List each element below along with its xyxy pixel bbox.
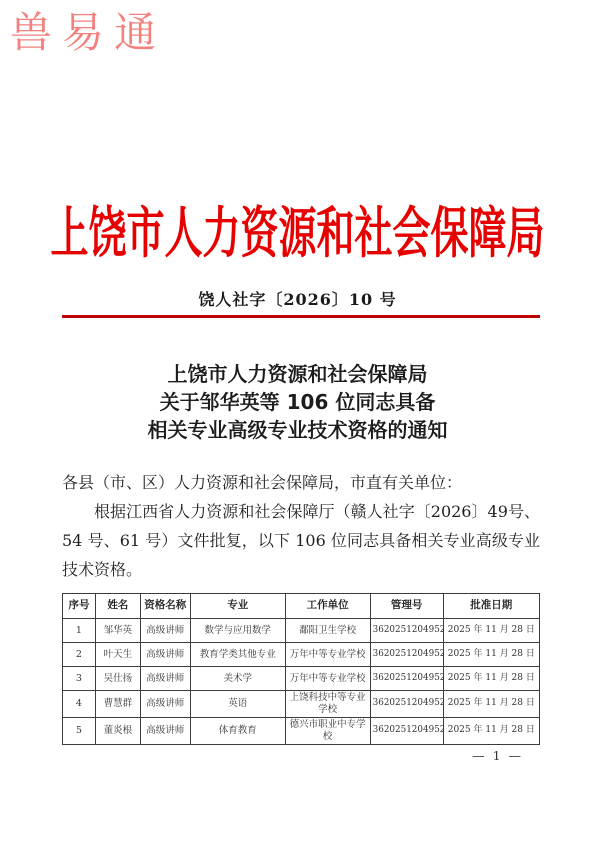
table-cell: 万年中等专业学校 (285, 643, 370, 667)
table-header-cell: 管理号 (370, 594, 443, 619)
table-row: 3吴仕扬高级讲师美术学万年中等专业学校362025120495222025 年 … (63, 667, 540, 691)
table-row: 5董炎根高级讲师体育教育德兴市职业中专学校362025120495242025 … (63, 717, 540, 744)
table-cell: 鄱阳卫生学校 (285, 619, 370, 643)
table-header-cell: 资格名称 (140, 594, 190, 619)
table-cell: 高级讲师 (140, 667, 190, 691)
qualification-table: 序号姓名资格名称专业工作单位管理号批准日期 1邹华英高级讲师数学与应用数学鄱阳卫… (62, 593, 540, 745)
table-row: 4曹慧群高级讲师英语上饶科技中等专业学校362025120495232025 年… (63, 691, 540, 718)
notice-title-line-3: 相关专业高级专业技术资格的通知 (0, 416, 595, 444)
table-cell: 教育学类其他专业 (190, 643, 285, 667)
notice-title: 上饶市人力资源和社会保障局 关于邹华英等 106 位同志具备 相关专业高级专业技… (0, 360, 595, 444)
table-cell: 36202512049524 (370, 717, 443, 744)
table-cell: 美术学 (190, 667, 285, 691)
table-header-cell: 批准日期 (443, 594, 539, 619)
table-cell: 36202512049520 (370, 619, 443, 643)
table-cell: 2025 年 11 月 28 日 (443, 619, 539, 643)
notice-body: 各县（市、区）人力资源和社会保障局，市直有关单位： 根据江西省人力资源和社会保障… (62, 468, 540, 584)
table-header-row: 序号姓名资格名称专业工作单位管理号批准日期 (63, 594, 540, 619)
table-cell: 36202512049521 (370, 643, 443, 667)
body-paragraph: 根据江西省人力资源和社会保障厅（赣人社字〔2026〕49号、54 号、61 号）… (62, 497, 540, 584)
notice-title-line-1: 上饶市人力资源和社会保障局 (0, 360, 595, 388)
table-cell: 上饶科技中等专业学校 (285, 691, 370, 718)
watermark-logo: 兽易通 (10, 0, 166, 60)
table-cell: 高级讲师 (140, 643, 190, 667)
table-header-cell: 序号 (63, 594, 96, 619)
table-cell: 36202512049522 (370, 667, 443, 691)
doc-number: 饶人社字〔2026〕10 号 (0, 287, 595, 310)
table-cell: 曹慧群 (95, 691, 140, 718)
table-cell: 叶天生 (95, 643, 140, 667)
table-cell: 董炎根 (95, 717, 140, 744)
table-header-cell: 专业 (190, 594, 285, 619)
table-cell: 体育教育 (190, 717, 285, 744)
table-body: 1邹华英高级讲师数学与应用数学鄱阳卫生学校362025120495202025 … (63, 619, 540, 745)
masthead-rule (62, 315, 540, 318)
table-cell: 2025 年 11 月 28 日 (443, 691, 539, 718)
table-cell: 2 (63, 643, 96, 667)
document-page: 兽易通 上饶市人力资源和社会保障局 饶人社字〔2026〕10 号 上饶市人力资源… (0, 0, 595, 841)
table-cell: 1 (63, 619, 96, 643)
table-cell: 高级讲师 (140, 691, 190, 718)
table-header-cell: 工作单位 (285, 594, 370, 619)
table-cell: 5 (63, 717, 96, 744)
table-cell: 数学与应用数学 (190, 619, 285, 643)
table-cell: 万年中等专业学校 (285, 667, 370, 691)
table-cell: 高级讲师 (140, 717, 190, 744)
notice-title-line-2: 关于邹华英等 106 位同志具备 (0, 388, 595, 416)
table-cell: 4 (63, 691, 96, 718)
table-cell: 2025 年 11 月 28 日 (443, 643, 539, 667)
table-cell: 高级讲师 (140, 619, 190, 643)
table-cell: 吴仕扬 (95, 667, 140, 691)
salutation-line: 各县（市、区）人力资源和社会保障局，市直有关单位： (62, 468, 540, 497)
table-row: 2叶天生高级讲师教育学类其他专业万年中等专业学校3620251204952120… (63, 643, 540, 667)
table-row: 1邹华英高级讲师数学与应用数学鄱阳卫生学校362025120495202025 … (63, 619, 540, 643)
table-cell: 3 (63, 667, 96, 691)
table-header-cell: 姓名 (95, 594, 140, 619)
table-cell: 2025 年 11 月 28 日 (443, 667, 539, 691)
table-cell: 2025 年 11 月 28 日 (443, 717, 539, 744)
table-cell: 邹华英 (95, 619, 140, 643)
table-cell: 英语 (190, 691, 285, 718)
table-cell: 36202512049523 (370, 691, 443, 718)
table-cell: 德兴市职业中专学校 (285, 717, 370, 744)
page-number: — 1 — (472, 748, 523, 763)
agency-masthead: 上饶市人力资源和社会保障局 (0, 188, 595, 268)
